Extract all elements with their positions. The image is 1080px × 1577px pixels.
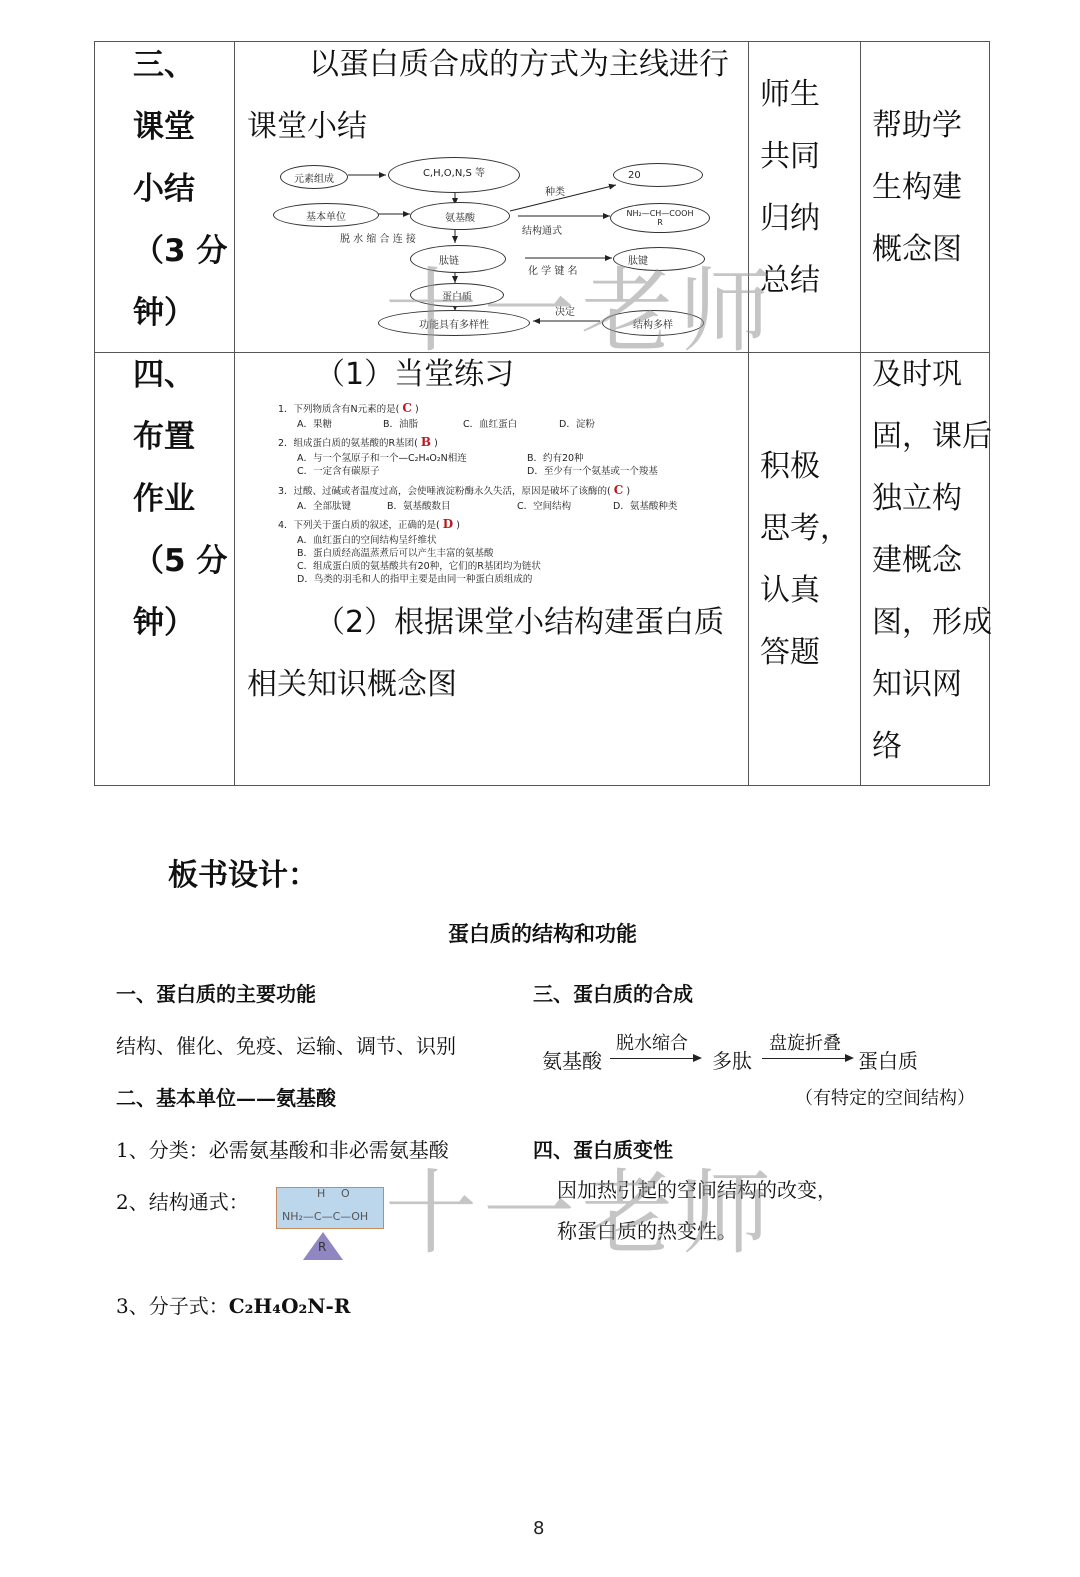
quiz-option: A．全部肽键 [297,498,351,512]
synthesis-note: （有特定的空间结构） [795,1084,975,1110]
section2-title: 二、基本单位——氨基酸 [116,1082,336,1111]
stage-text: 钟） [133,592,227,654]
quiz-q3-stem: 3．过酸、过碱或者温度过高，会使唾液淀粉酶永久失活，原因是破坏了该酶的( C ) [278,483,630,497]
edge-label-dehydration: 脱 水 缩 合 连 接 [340,230,416,245]
question-text: 1．下列物质含有N元素的是( [278,404,399,415]
molecular-label: 3、分子式： [116,1294,229,1318]
stage-text: （5 分 [133,530,227,592]
column-divider [748,42,749,785]
answer-mark: C [614,483,624,497]
formula-text: NH₂—CH—COOH [626,209,693,218]
edge-label-chemical-bond: 化 学 键 名 [528,262,578,277]
quiz-option: C．空间结构 [517,498,571,512]
formula-o: O [341,1187,350,1200]
node-protein: 蛋白质 [410,283,504,307]
stage-text: 作业 [133,468,227,530]
stage-homework: 四、 布置 作业 （5 分 钟） [133,344,227,654]
general-formula-diagram: H O NH₂—C—C—OH [276,1187,384,1229]
purpose-text: 概念图 [872,219,962,281]
stage-text: 课堂 [133,96,227,158]
section2-molecular-formula: 3、分子式：C₂H₄O₂N-R [116,1290,350,1319]
question-text: 3．过酸、过碱或者温度过高，会使唾液淀粉酶永久失活，原因是破坏了该酶的( [278,486,611,497]
page-number: 8 [533,1518,544,1539]
summary-student-activity: 师生 共同 归纳 总结 [760,64,820,312]
edge-label-decides: 决定 [555,303,575,318]
question-text: 4．下列关于蛋白质的叙述，正确的是( [278,520,440,531]
quiz-option: D．至少有一个氨基或一个羧基 [527,463,658,477]
lesson-plan-table: 三、 课堂 小结 （3 分 钟） 以蛋白质合成的方式为主线进行 课堂小结 师生 … [94,41,990,786]
column-divider [234,42,235,785]
stage-text: 钟） [133,282,227,344]
node-general-formula: NH₂—CH—COOH R [610,203,710,233]
homework-purpose: 及时巩 固，课后 独立构 建概念 图，形成 知识网 络 [872,344,992,778]
quiz-option: B．油脂 [383,416,418,430]
section3-title: 三、蛋白质的合成 [533,978,693,1007]
board-title: 蛋白质的结构和功能 [448,918,637,948]
purpose-text: 建概念 [872,530,992,592]
stage-text: 小结 [133,158,227,220]
purpose-text: 帮助学 [872,95,962,157]
purpose-text: 固，课后 [872,406,992,468]
activity-text: 认真 [760,560,850,622]
quiz-q1-stem: 1．下列物质含有N元素的是( C ) [278,401,419,415]
stage-text: （3 分 [133,220,227,282]
activity-text: 师生 [760,64,820,126]
activity-text: 总结 [760,250,820,312]
question-close: ) [456,520,460,531]
quiz-option: D．鸟类的羽毛和人的指甲主要是由同一种蛋白质组成的 [297,571,532,585]
node-element-composition: 元素组成 [280,165,348,189]
stage-text: 布置 [133,406,227,468]
node-elements: C,H,O,N,S 等 [388,157,520,193]
quiz-option: C．组成蛋白质的氨基酸共有20种，它们的R基团均为链状 [297,558,541,572]
quiz-option: B．蛋白质经高温蒸煮后可以产生丰富的氨基酸 [297,545,494,559]
node-basic-unit: 基本单位 [273,203,379,227]
quiz-option: C．血红蛋白 [463,416,517,430]
answer-mark: B [421,435,431,449]
quiz-q4-stem: 4．下列关于蛋白质的叙述，正确的是( D ) [278,517,460,531]
molecular-formula: C₂H₄O₂N-R [229,1294,351,1318]
quiz-option: C．一定含有碳原子 [297,463,380,477]
concept-map: 元素组成 C,H,O,N,S 等 基本单位 氨基酸 20 NH₂—CH—COOH… [270,155,730,340]
section1-title: 一、蛋白质的主要功能 [116,978,316,1007]
quiz-option: A．与一个氢原子和一个—C₂H₄O₂N相连 [297,450,467,464]
section1-body: 结构、催化、免疫、运输、调节、识别 [116,1030,456,1059]
answer-mark: C [402,401,412,415]
question-close: ) [434,438,438,449]
quiz-option: A．血红蛋白的空间结构呈纤维状 [297,532,437,546]
synthesis-polypeptide: 多肽 [712,1045,752,1074]
question-close: ) [626,486,630,497]
node-function-diversity: 功能具有多样性 [378,310,530,336]
purpose-text: 络 [872,716,992,778]
answer-mark: D [443,517,453,531]
arrow-icon [762,1058,852,1059]
quiz-option: A．果糖 [297,416,332,430]
arrow-icon [610,1058,700,1059]
concept-task-line1: （2）根据课堂小结构建蛋白质 [315,592,724,654]
node-peptide-bond: 肽键 [613,247,705,271]
activity-text: 归纳 [760,188,820,250]
edge-label-kinds: 种类 [545,183,565,198]
concept-task-line2: 相关知识概念图 [247,654,457,716]
activity-text: 积极 [760,436,850,498]
section4-line2: 称蛋白质的热变性。 [557,1215,737,1244]
activity-text: 答题 [760,622,850,684]
purpose-text: 及时巩 [872,344,992,406]
quiz-option: B．氨基酸数目 [387,498,451,512]
activity-text: 共同 [760,126,820,188]
quiz-q2-stem: 2．组成蛋白质的氨基酸的R基团( B ) [278,435,438,449]
stage-text: 三、 [133,34,227,96]
quiz-option: D．氨基酸种类 [613,498,677,512]
stage-text: 四、 [133,344,227,406]
node-structure-diversity: 结构多样 [602,310,704,336]
homework-student-activity: 积极 思考， 认真 答题 [760,436,850,684]
formula-r: R [657,218,663,227]
summary-content-line2: 课堂小结 [247,96,367,158]
board-design-heading: 板书设计： [168,850,318,894]
purpose-text: 生构建 [872,157,962,219]
row-divider [95,352,989,353]
section4-line1: 因加热引起的空间结构的改变， [557,1174,837,1203]
purpose-text: 图，形成 [872,592,992,654]
purpose-text: 知识网 [872,654,992,716]
question-text: 2．组成蛋白质的氨基酸的R基团( [278,438,418,449]
purpose-text: 独立构 [872,468,992,530]
section2-classification: 1、分类：必需氨基酸和非必需氨基酸 [116,1134,449,1163]
section2-structure-label: 2、结构通式： [116,1186,249,1215]
formula-h: H [317,1187,325,1200]
formula-main: NH₂—C—C—OH [282,1210,368,1223]
summary-purpose: 帮助学 生构建 概念图 [872,95,962,281]
quiz-option: D．淀粉 [559,416,595,430]
formula-r: R [318,1240,326,1254]
question-close: ) [415,404,419,415]
node-peptide-chain: 肽链 [410,245,506,273]
node-twenty: 20 [613,163,703,187]
section4-title: 四、蛋白质变性 [533,1134,673,1163]
stage-summary: 三、 课堂 小结 （3 分 钟） [133,34,227,344]
practice-title: （1）当堂练习 [315,344,514,406]
synthesis-amino-acid: 氨基酸 [542,1045,602,1074]
synthesis-protein: 蛋白质 [858,1045,918,1074]
edge-label-general-structure: 结构通式 [522,222,562,237]
quiz-option: B．约有20种 [527,450,584,464]
synthesis-step1: 脱水缩合 [616,1029,688,1055]
summary-content-line1: 以蛋白质合成的方式为主线进行 [309,34,729,96]
activity-text: 思考， [760,498,850,560]
synthesis-step2: 盘旋折叠 [769,1029,841,1055]
node-amino-acid: 氨基酸 [410,202,510,230]
column-divider [860,42,861,785]
